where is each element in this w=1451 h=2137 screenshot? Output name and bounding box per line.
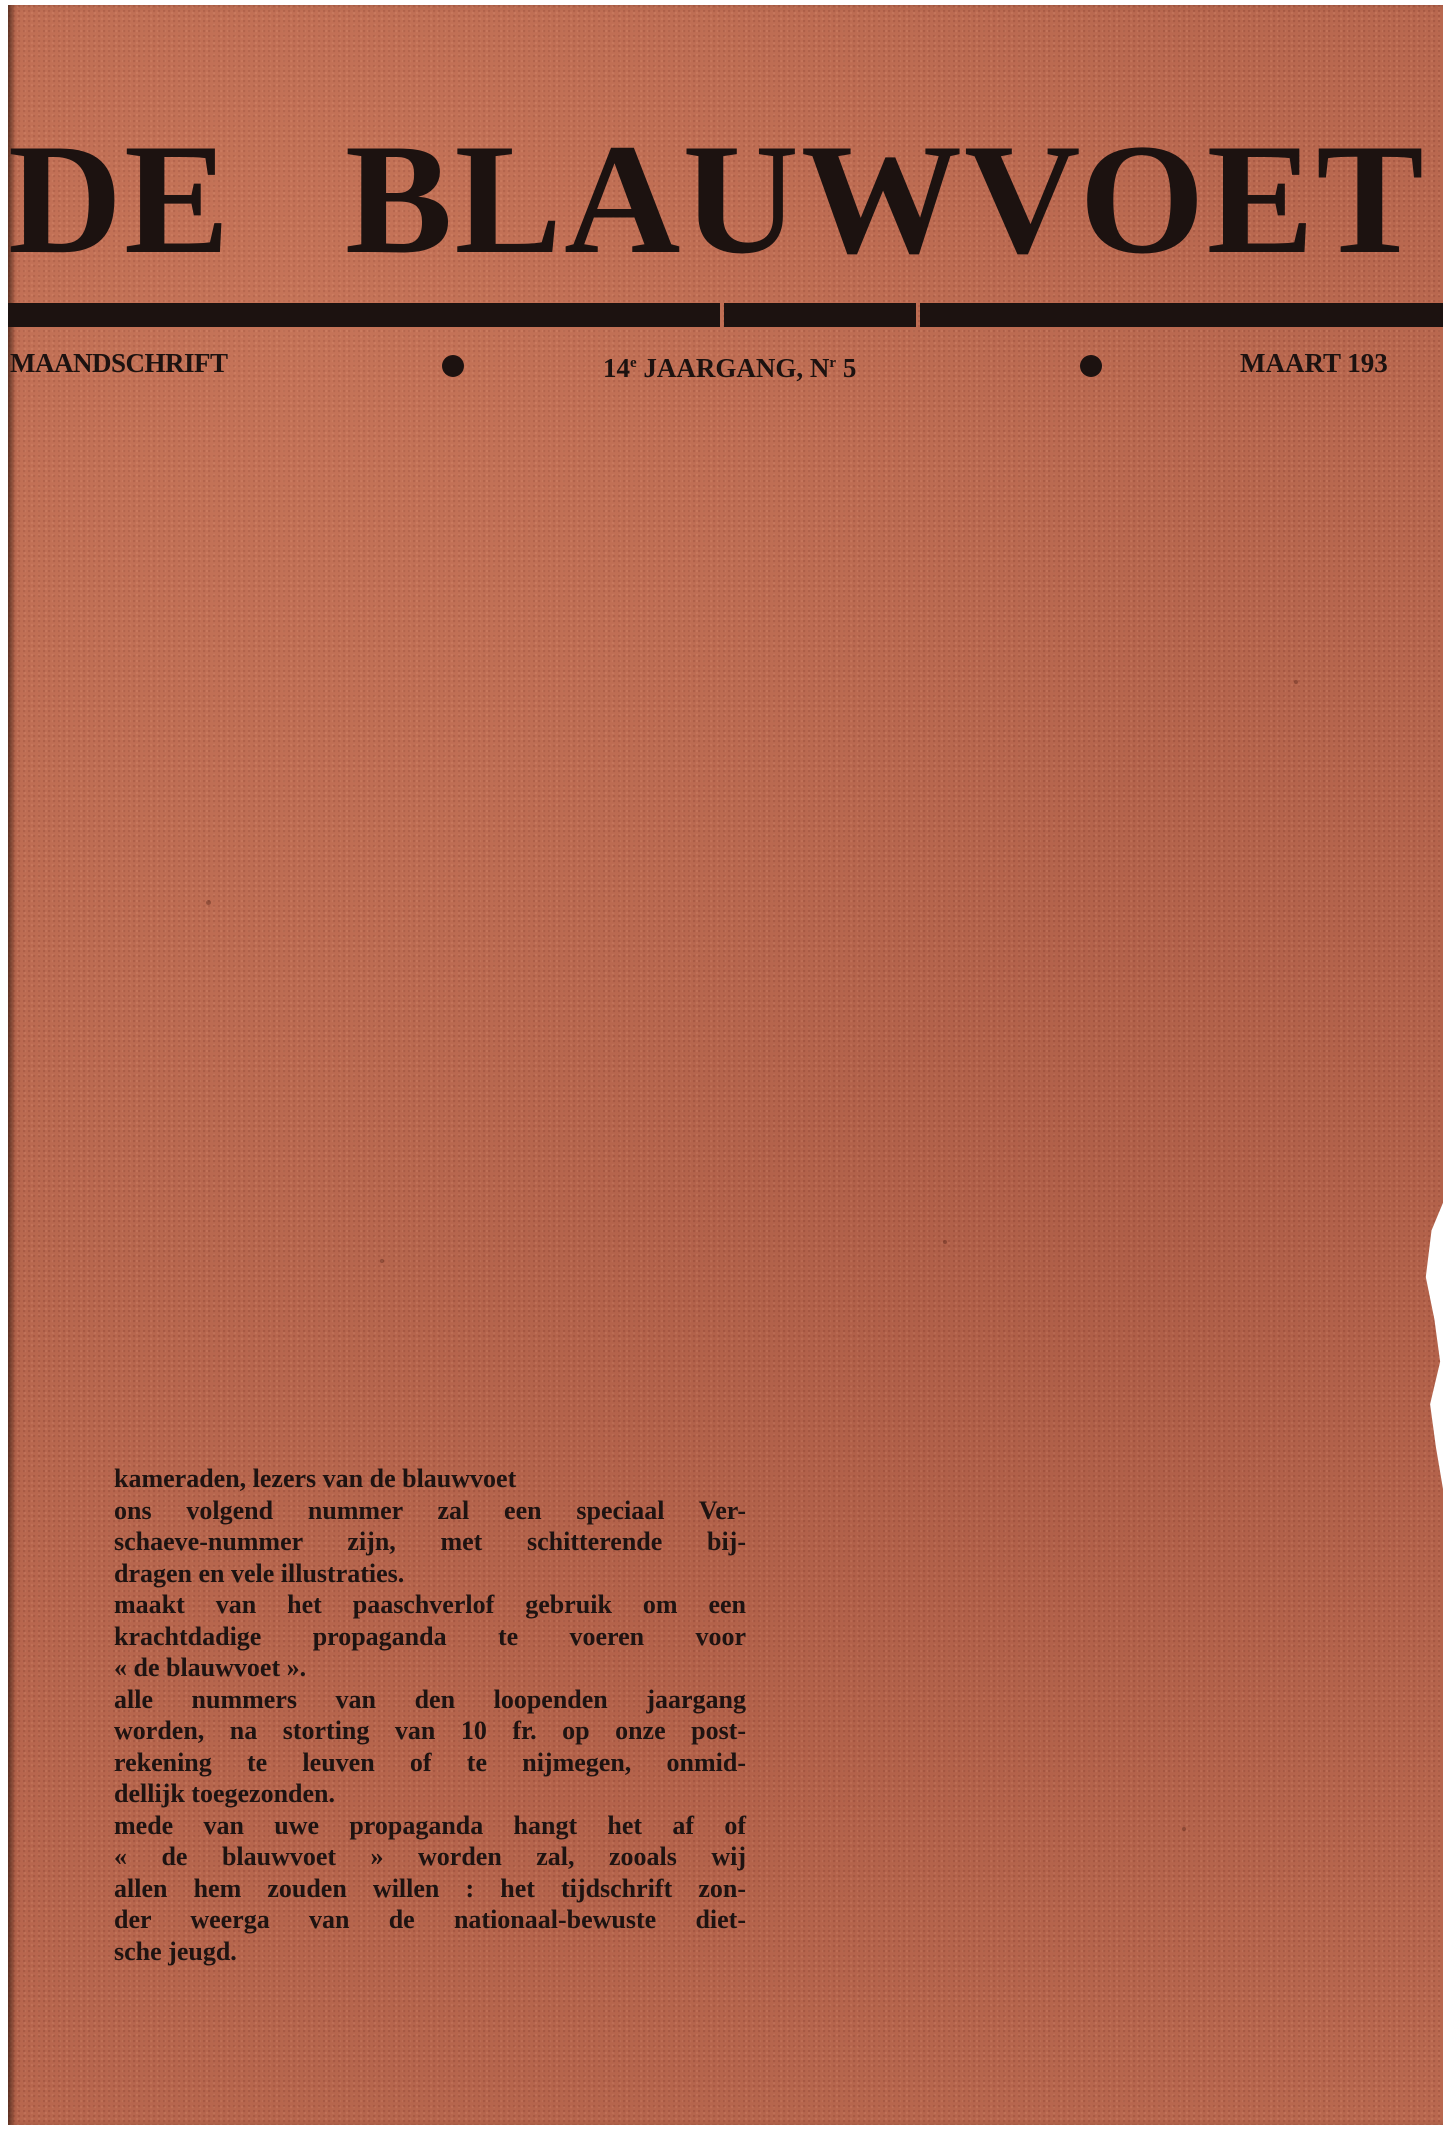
masthead-title: DE BLAUWVOET [8,115,1443,285]
paper-speck [1294,680,1298,684]
bullet-icon [442,355,464,377]
notice-line: « de blauwvoet » worden zal, zooals wij [114,1841,746,1873]
title-main: BLAUWVOET [345,115,1426,285]
bullet-icon [1080,355,1102,377]
notice-line: alle nummers van den loopenden jaargang [114,1684,746,1716]
notice-line: schaeve-nummer zijn, met schitterende bi… [114,1526,746,1558]
notice-line: sche jeugd. [114,1936,746,1968]
volume-number: 14 [603,353,630,383]
issue-number: 5 [843,353,857,383]
paper-speck [1182,1827,1186,1831]
notice-line: dragen en vele illustraties. [114,1558,746,1590]
notice-line: mede van uwe propaganda hangt het af of [114,1810,746,1842]
volume-issue: 14e JAARGANG, Nr 5 [603,343,856,388]
masthead-rule [920,303,1443,327]
title-prefix: DE [8,115,232,285]
notice-line: rekening te leuven of te nijmegen, onmid… [114,1747,746,1779]
magazine-cover: DE BLAUWVOET MAANDSCHRIFT 14e JAARGANG, … [8,5,1443,2125]
volume-suffix: e [630,355,637,371]
notice-line: worden, na storting van 10 fr. op onze p… [114,1715,746,1747]
paper-speck [206,900,211,905]
notice-text-block: kameraden, lezers van de blauwvoetons vo… [114,1463,746,1967]
notice-line: maakt van het paaschverlof gebruik om ee… [114,1589,746,1621]
masthead-rule [8,303,720,327]
subtitle-maandschrift: MAANDSCHRIFT [10,343,228,383]
paper-speck [943,1240,947,1244]
notice-line: « de blauwvoet ». [114,1652,746,1684]
masthead-rule [724,303,916,327]
notice-line: kameraden, lezers van de blauwvoet [114,1463,746,1495]
notice-line: krachtdadige propaganda te voeren voor [114,1621,746,1653]
notice-line: ons volgend nummer zal een speciaal Ver- [114,1495,746,1527]
masthead-subtitle-line: MAANDSCHRIFT 14e JAARGANG, Nr 5 MAART 19… [8,343,1443,383]
paper-speck [380,1259,384,1263]
notice-line: allen hem zouden willen : het tijdschrif… [114,1873,746,1905]
issue-date: MAART 193 [1240,343,1388,383]
issue-suffix: r [829,355,836,371]
notice-line: dellijk toegezonden. [114,1778,746,1810]
volume-label: JAARGANG, N [643,353,829,383]
notice-line: der weerga van de nationaal-bewuste diet… [114,1904,746,1936]
